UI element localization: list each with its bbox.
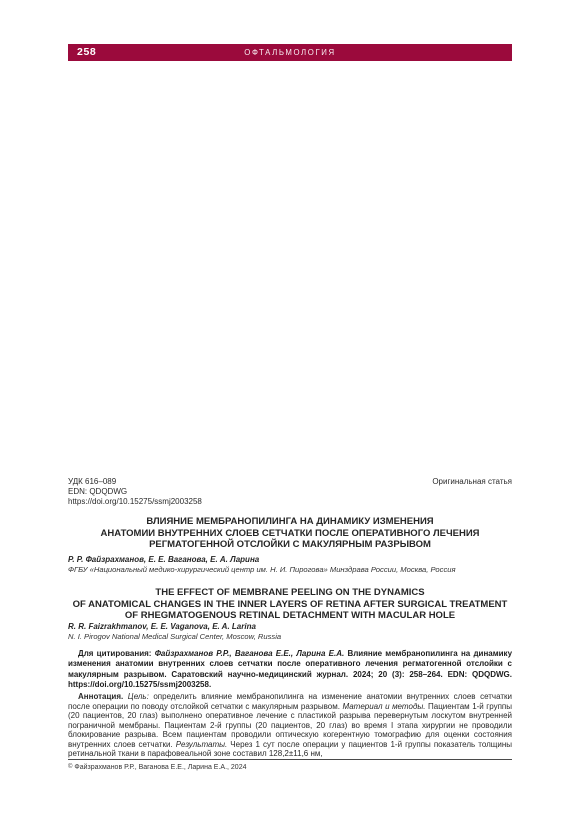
page-number: 258 [77, 44, 96, 61]
russian-title-line3: РЕГМАТОГЕННОЙ ОТСЛОЙКИ С МАКУЛЯРНЫМ РАЗР… [68, 539, 512, 551]
citation-authors: Файзрахманов Р.Р., Ваганова Е.Е., Ларина… [155, 649, 348, 658]
abstract-objective-label: Цель: [128, 692, 154, 701]
english-authors: R. R. Faizrakhmanov, E. E. Vaganova, E. … [68, 622, 512, 632]
russian-title-line1: ВЛИЯНИЕ МЕМБРАНОПИЛИНГА НА ДИНАМИКУ ИЗМЕ… [68, 516, 512, 528]
section-title: ОФТАЛЬМОЛОГИЯ [68, 44, 512, 61]
english-title-line1: THE EFFECT OF MEMBRANE PEELING ON THE DY… [68, 587, 512, 599]
russian-title-line2: АНАТОМИИ ВНУТРЕННИХ СЛОЕВ СЕТЧАТКИ ПОСЛЕ… [68, 528, 512, 540]
header-bar: 258 ОФТАЛЬМОЛОГИЯ [68, 44, 512, 61]
russian-authors: Р. Р. Файзрахманов, Е. Е. Ваганова, Е. А… [68, 555, 512, 565]
english-title: THE EFFECT OF MEMBRANE PEELING ON THE DY… [68, 587, 512, 622]
russian-affiliation: ФГБУ «Национальный медико-хирургический … [68, 565, 512, 575]
copyright-text: Файзрахманов Р.Р., Ваганова Е.Е., Ларина… [72, 764, 246, 771]
english-title-line3: OF RHEGMATOGENOUS RETINAL DETACHMENT WIT… [68, 610, 512, 622]
abstract-methods-label: Материал и методы. [342, 702, 428, 711]
english-title-line2: OF ANATOMICAL CHANGES IN THE INNER LAYER… [68, 599, 512, 611]
doi-link: https://doi.org/10.15275/ssmj2003258 [68, 497, 512, 507]
abstract-paragraph: Аннотация. Цель: определить влияние мемб… [68, 692, 512, 759]
journal-page: 258 ОФТАЛЬМОЛОГИЯ УДК 616–089 EDN: QDQDW… [0, 0, 580, 820]
citation-paragraph: Для цитирования: Файзрахманов Р.Р., Вага… [68, 649, 512, 692]
copyright-line: © Файзрахманов Р.Р., Ваганова Е.Е., Лари… [68, 764, 512, 771]
russian-title: ВЛИЯНИЕ МЕМБРАНОПИЛИНГА НА ДИНАМИКУ ИЗМЕ… [68, 516, 512, 551]
citation-label: Для цитирования: [78, 649, 155, 658]
edn-code: EDN: QDQDWG [68, 487, 512, 497]
article-type-label: Оригинальная статья [68, 477, 512, 487]
abstract-label: Аннотация. [78, 692, 128, 701]
english-affiliation: N. I. Pirogov National Medical Surgical … [68, 632, 512, 642]
abstract-results-label: Результаты. [176, 740, 231, 749]
footer-divider [68, 759, 512, 760]
